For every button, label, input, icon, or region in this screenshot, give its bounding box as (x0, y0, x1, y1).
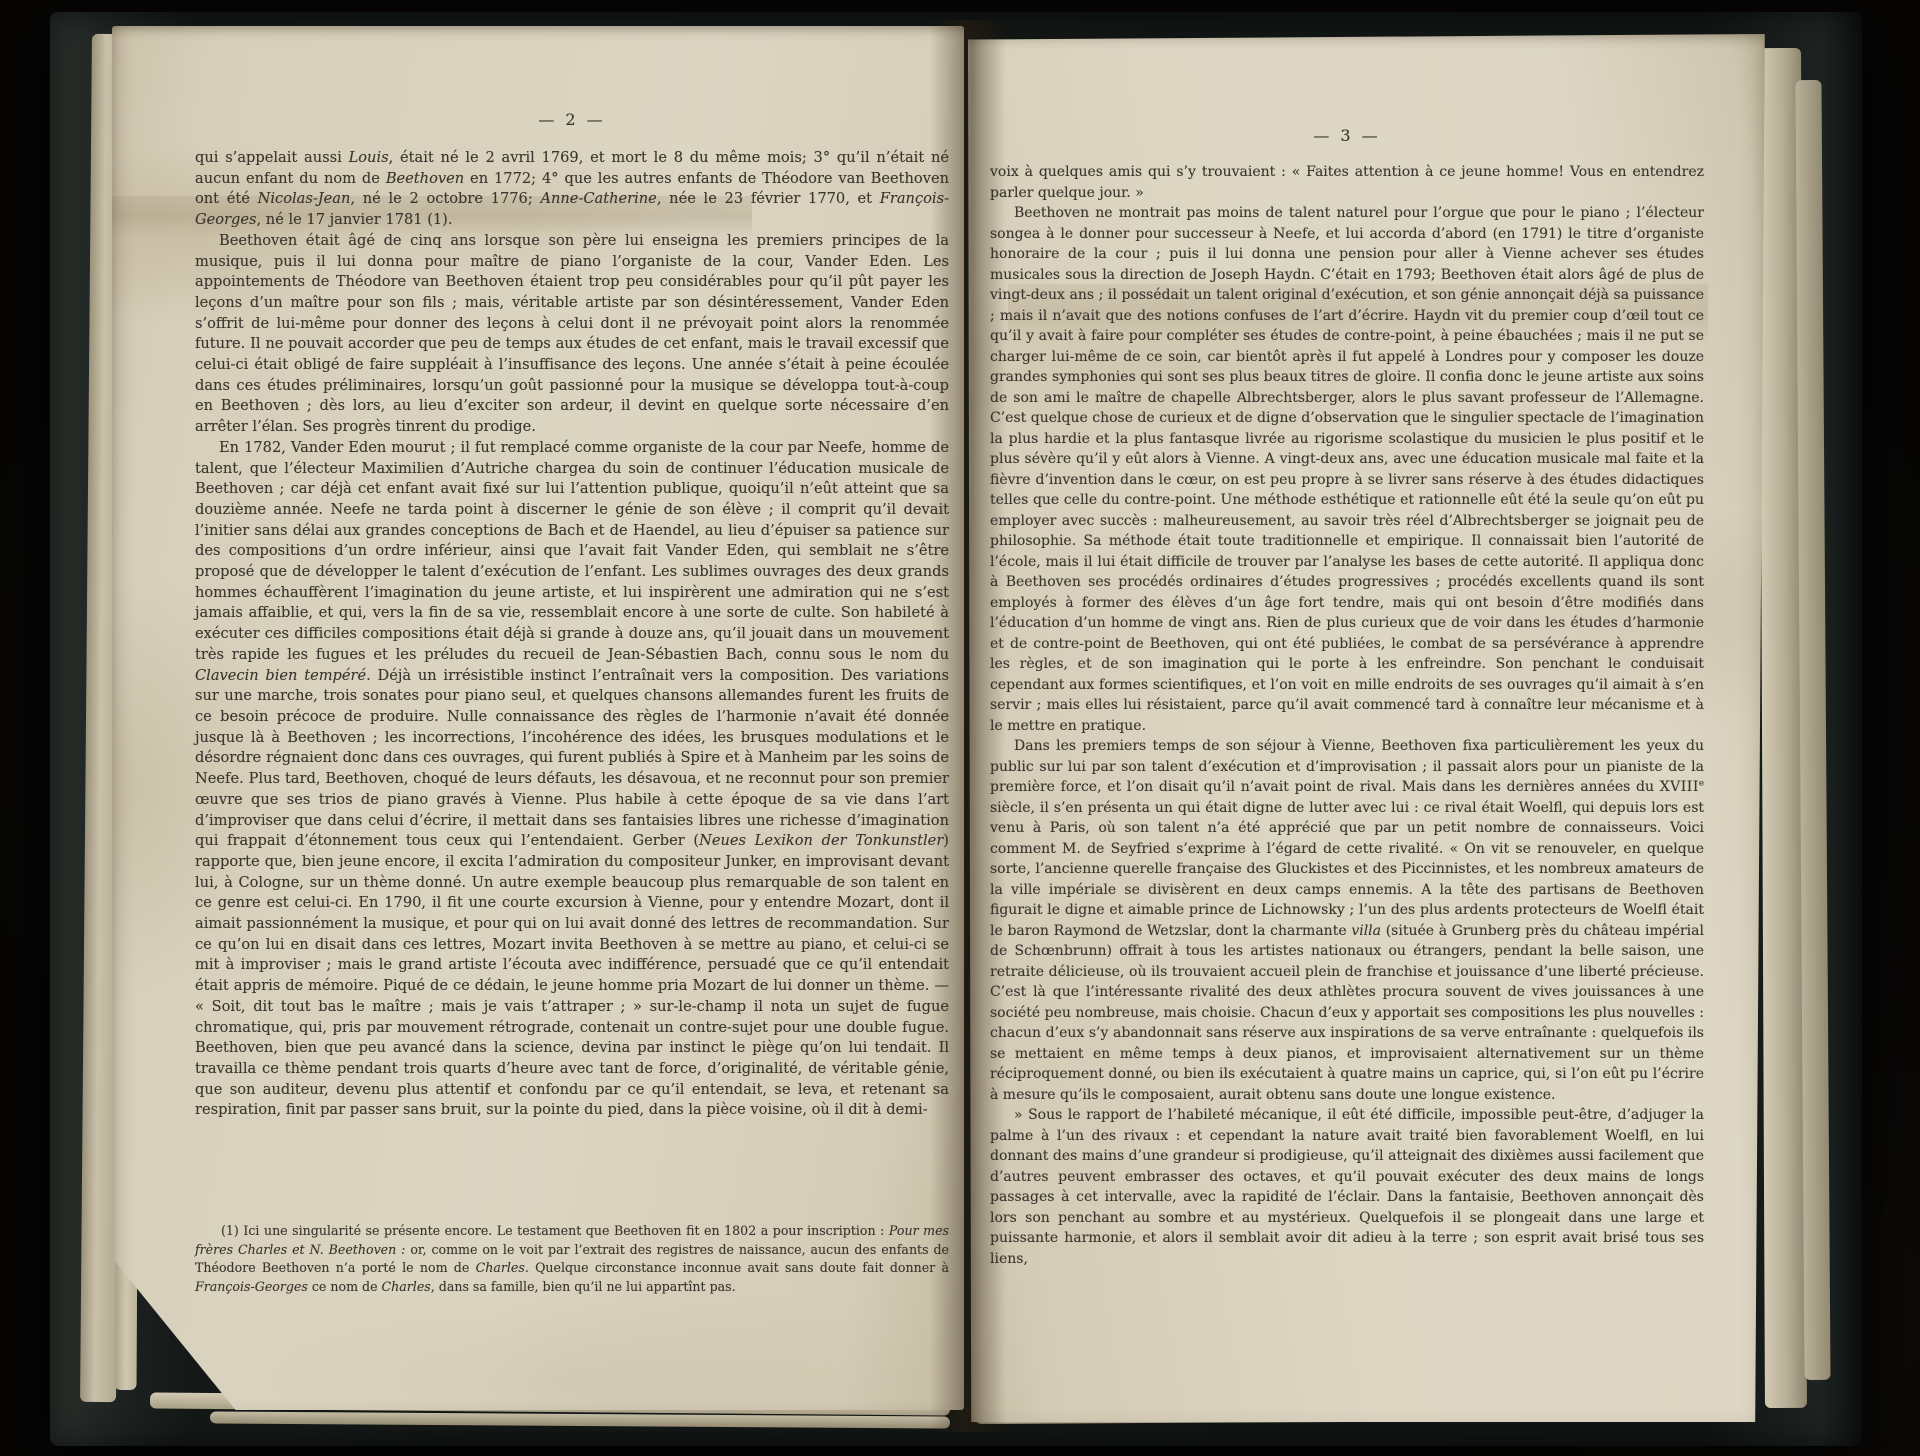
page-number-right: — 3 — (990, 126, 1704, 145)
paragraph: Beethoven était âgé de cinq ans lorsque … (195, 231, 949, 438)
paragraph: Dans les premiers temps de son séjour à … (990, 736, 1704, 1105)
left-page-text: qui s’appelait aussi Louis, était né le … (195, 148, 949, 1121)
page-left: — 2 — qui s’appelait aussi Louis, était … (112, 26, 964, 1410)
left-page-footnote: (1) Ici une singularité se présente enco… (195, 1222, 949, 1296)
paragraph: qui s’appelait aussi Louis, était né le … (195, 148, 949, 231)
paragraph: En 1782, Vander Eden mourut ; il fut rem… (195, 438, 949, 1121)
paragraph: voix à quelques amis qui s’y trouvaient … (990, 162, 1704, 203)
page-right: — 3 — voix à quelques amis qui s’y trouv… (968, 34, 1768, 1422)
right-page-text: voix à quelques amis qui s’y trouvaient … (990, 162, 1704, 1269)
paragraph: Beethoven ne montrait pas moins de talen… (990, 203, 1704, 736)
book: — 2 — qui s’appelait aussi Louis, était … (0, 0, 1920, 1456)
page-number-left: — 2 — (195, 110, 949, 129)
paragraph: » Sous le rapport de l’habileté mécaniqu… (990, 1105, 1704, 1269)
photo-background: — 2 — qui s’appelait aussi Louis, était … (0, 0, 1920, 1456)
